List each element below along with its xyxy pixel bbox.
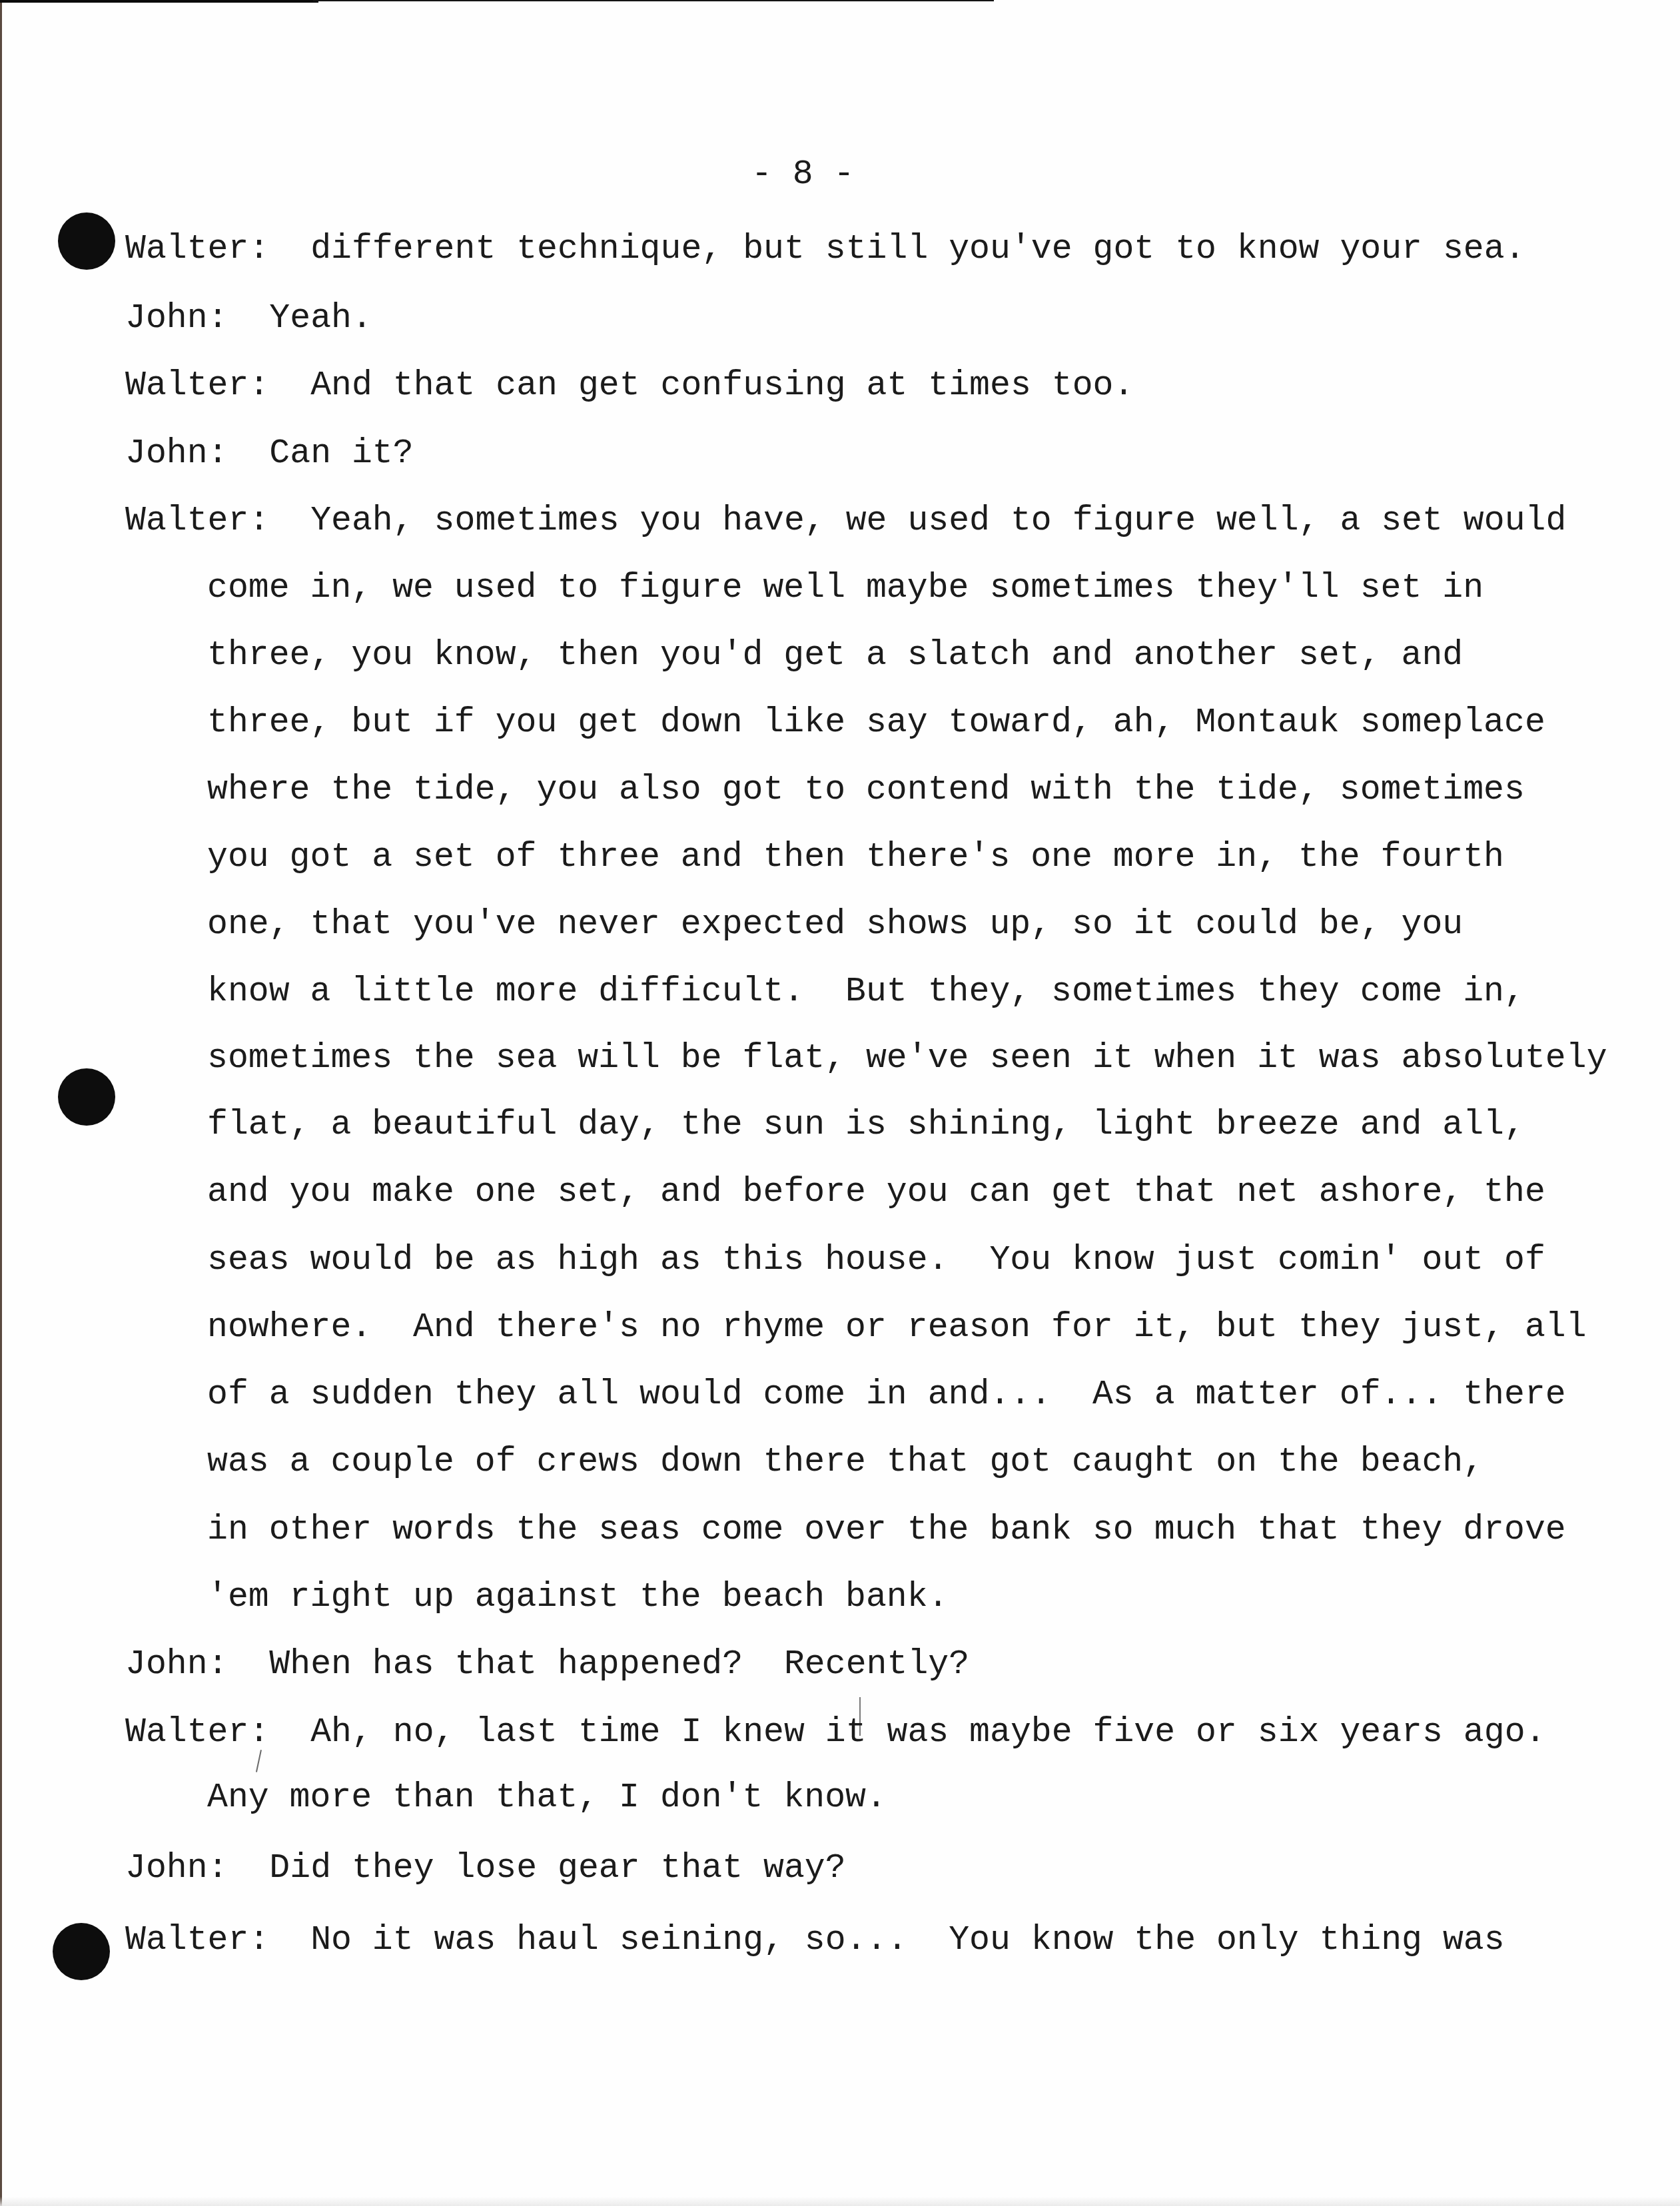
line-text: seas would be as high as this house. You… bbox=[207, 1241, 1545, 1280]
document-page: - 8 - Walter:different technique, but st… bbox=[0, 0, 1680, 2206]
line-text: in other words the seas come over the ba… bbox=[207, 1511, 1566, 1549]
speaker-label: Walter: bbox=[125, 1921, 269, 1960]
speaker-label: John: bbox=[125, 1645, 228, 1684]
punch-hole-icon bbox=[53, 1923, 110, 1980]
transcript-line: in other words the seas come over the ba… bbox=[207, 1513, 1566, 1548]
transcript-line: John:Did they lose gear that way? bbox=[125, 1852, 846, 1886]
transcript-line: Walter:And that can get confusing at tim… bbox=[125, 369, 1134, 404]
line-text: sometimes the sea will be flat, we've se… bbox=[207, 1039, 1607, 1078]
line-text: Any more than that, I don't know. bbox=[207, 1778, 887, 1817]
transcript-line: was a couple of crews down there that go… bbox=[207, 1445, 1483, 1480]
transcript-line: seas would be as high as this house. You… bbox=[207, 1244, 1545, 1278]
transcript-line: John:Yeah. bbox=[125, 302, 372, 336]
line-text: know a little more difficult. But they, … bbox=[207, 972, 1525, 1011]
transcript-line: John:When has that happened? Recently? bbox=[125, 1648, 969, 1682]
transcript-line: Any more than that, I don't know. bbox=[207, 1781, 887, 1816]
transcript-line: Walter:Ah, no, last time I knew it was m… bbox=[125, 1716, 1545, 1750]
transcript-line: where the tide, you also got to contend … bbox=[207, 773, 1525, 808]
line-text: was a couple of crews down there that go… bbox=[207, 1443, 1483, 1481]
transcript-line: of a sudden they all would come in and..… bbox=[207, 1378, 1566, 1413]
transcript-line: sometimes the sea will be flat, we've se… bbox=[207, 1042, 1607, 1076]
pencil-mark bbox=[256, 1750, 262, 1772]
speaker-label: John: bbox=[125, 299, 228, 338]
line-text: you got a set of three and then there's … bbox=[207, 838, 1504, 877]
line-text: And that can get confusing at times too. bbox=[310, 366, 1134, 405]
punch-hole-icon bbox=[58, 212, 115, 270]
line-text: different technique, but still you've go… bbox=[310, 230, 1525, 268]
speaker-label: Walter: bbox=[125, 366, 269, 405]
speaker-label: Walter: bbox=[125, 502, 269, 540]
transcript-line: three, but if you get down like say towa… bbox=[207, 706, 1545, 741]
speaker-label: John: bbox=[125, 434, 228, 473]
line-text: three, you know, then you'd get a slatch… bbox=[207, 636, 1463, 675]
line-text: and you make one set, and before you can… bbox=[207, 1173, 1545, 1212]
transcript-line: come in, we used to figure well maybe so… bbox=[207, 571, 1483, 606]
line-text: one, that you've never expected shows up… bbox=[207, 905, 1463, 944]
line-text: Can it? bbox=[269, 434, 413, 473]
line-text: where the tide, you also got to contend … bbox=[207, 771, 1525, 809]
line-text: three, but if you get down like say towa… bbox=[207, 703, 1545, 742]
transcript-line: Walter:different technique, but still yo… bbox=[125, 232, 1525, 267]
top-rule bbox=[0, 0, 318, 3]
top-rule-extension bbox=[313, 0, 994, 1]
transcript-line: Walter:No it was haul seining, so... You… bbox=[125, 1924, 1505, 1958]
transcript-line: Walter:Yeah, sometimes you have, we used… bbox=[125, 504, 1566, 539]
transcript-line: three, you know, then you'd get a slatch… bbox=[207, 639, 1463, 673]
line-text: come in, we used to figure well maybe so… bbox=[207, 569, 1483, 607]
page-number: - 8 - bbox=[751, 158, 855, 192]
transcript-line: you got a set of three and then there's … bbox=[207, 841, 1504, 875]
speaker-label: John: bbox=[125, 1849, 228, 1888]
transcript-line: nowhere. And there's no rhyme or reason … bbox=[207, 1311, 1587, 1345]
speaker-label: Walter: bbox=[125, 1713, 269, 1752]
transcript-line: one, that you've never expected shows up… bbox=[207, 908, 1463, 942]
line-text: Did they lose gear that way? bbox=[269, 1849, 845, 1888]
transcript-line: John:Can it? bbox=[125, 437, 414, 472]
transcript-line: 'em right up against the beach bank. bbox=[207, 1581, 949, 1615]
line-text: nowhere. And there's no rhyme or reason … bbox=[207, 1308, 1587, 1347]
line-text: When has that happened? Recently? bbox=[269, 1645, 969, 1684]
transcript-line: flat, a beautiful day, the sun is shinin… bbox=[207, 1108, 1525, 1143]
line-text: Yeah. bbox=[269, 299, 372, 338]
scan-edge bbox=[0, 0, 2, 2206]
speaker-label: Walter: bbox=[125, 230, 269, 268]
line-text: No it was haul seining, so... You know t… bbox=[310, 1921, 1505, 1960]
transcript-line: know a little more difficult. But they, … bbox=[207, 975, 1525, 1010]
line-text: flat, a beautiful day, the sun is shinin… bbox=[207, 1106, 1525, 1144]
line-text: 'em right up against the beach bank. bbox=[207, 1578, 949, 1617]
line-text: Ah, no, last time I knew it was maybe fi… bbox=[310, 1713, 1545, 1752]
line-text: of a sudden they all would come in and..… bbox=[207, 1375, 1566, 1414]
scan-bottom-edge bbox=[0, 2197, 1680, 2206]
transcript-line: and you make one set, and before you can… bbox=[207, 1176, 1545, 1210]
line-text: Yeah, sometimes you have, we used to fig… bbox=[310, 502, 1566, 540]
punch-hole-icon bbox=[58, 1068, 115, 1126]
